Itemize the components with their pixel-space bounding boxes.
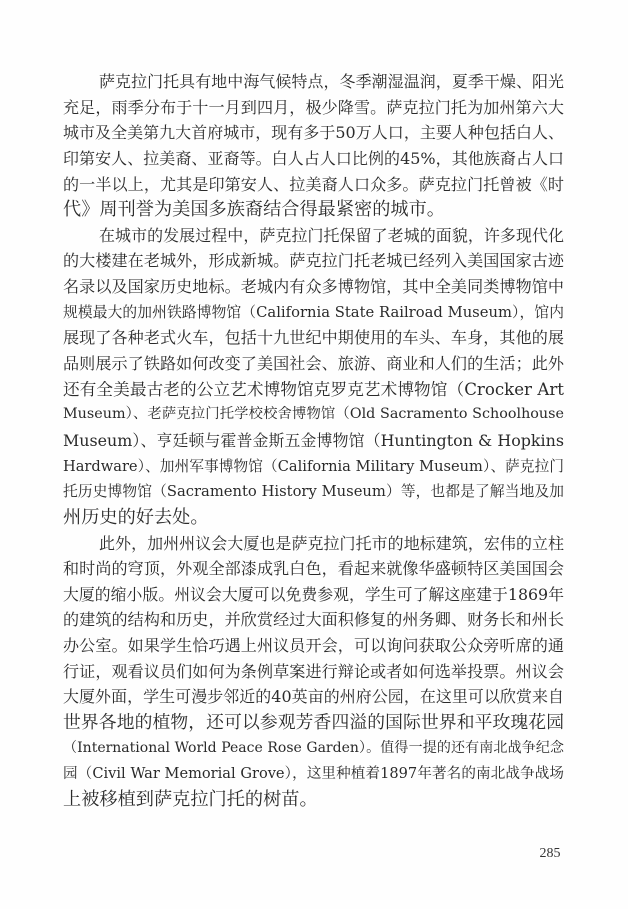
text-line: 园（Civil War Memorial Grove），这里种植着1897年著名… bbox=[63, 761, 564, 787]
text-line: 充足，雨季分布于十一月到四月，极少降雪。萨克拉门托为加州第六大 bbox=[63, 95, 564, 121]
text-line: 代》周刊誉为美国多族裔结合得最紧密的城市。 bbox=[63, 197, 564, 223]
paragraph-old-town-museums: 在城市的发展过程中，萨克拉门托保留了老城的面貌，许多现代化 的大楼建在老城外，形… bbox=[63, 223, 564, 531]
text-line: Hardware）、加州军事博物馆（California Military Mu… bbox=[63, 454, 564, 480]
text-line: 行证，观看议员们如何为条例草案进行辩论或者如何选举投票。州议会 bbox=[63, 659, 564, 685]
text-line: 世界各地的植物，还可以参观芳香四溢的国际世界和平玫瑰花园 bbox=[63, 710, 564, 736]
text-line: 的建筑的结构和历史，并欣赏经过大面积修复的州务卿、财务长和州长 bbox=[63, 607, 564, 633]
book-page: 萨克拉门托具有地中海气候特点，冬季潮湿温润，夏季干燥、阳光 充足，雨季分布于十一… bbox=[0, 0, 628, 909]
paragraph-state-capitol: 此外，加州州议会大厦也是萨克拉门托市的地标建筑，宏伟的立柱 和时尚的穹顶，外观全… bbox=[63, 531, 564, 813]
text-line: （International World Peace Rose Garden）。… bbox=[63, 736, 564, 762]
text-line: 品则展示了铁路如何改变了美国社会、旅游、商业和人们的生活；此外 bbox=[63, 351, 564, 377]
text-line: 州历史的好去处。 bbox=[63, 505, 564, 531]
text-line: Museum）、老萨克拉门托学校校舍博物馆（Old Sacramento Sch… bbox=[63, 402, 564, 428]
text-line: 规模最大的加州铁路博物馆（California State Railroad M… bbox=[63, 300, 564, 326]
text-line: 此外，加州州议会大厦也是萨克拉门托市的地标建筑，宏伟的立柱 bbox=[63, 531, 564, 557]
paragraph-climate-population: 萨克拉门托具有地中海气候特点，冬季潮湿温润，夏季干燥、阳光 充足，雨季分布于十一… bbox=[63, 69, 564, 223]
text-line: 办公室。如果学生恰巧遇上州议员开会，可以询问获取公众旁听席的通 bbox=[63, 633, 564, 659]
text-line: 名录以及国家历史地标。老城内有众多博物馆，其中全美同类博物馆中 bbox=[63, 274, 564, 300]
text-line: 的一半以上，尤其是印第安人、拉美裔人口众多。萨克拉门托曾被《时 bbox=[63, 172, 564, 198]
text-line: 萨克拉门托具有地中海气候特点，冬季潮湿温润，夏季干燥、阳光 bbox=[63, 69, 564, 95]
text-line: 大厦的缩小版。州议会大厦可以免费参观，学生可了解这座建于1869年 bbox=[63, 582, 564, 608]
text-line: 托历史博物馆（Sacramento History Museum）等，也都是了解… bbox=[63, 479, 564, 505]
text-line: 展现了各种老式火车，包括十九世纪中期使用的车头、车身，其他的展 bbox=[63, 325, 564, 351]
page-number: 285 bbox=[530, 846, 570, 862]
text-line: 还有全美最古老的公立艺术博物馆克罗克艺术博物馆（Crocker Art bbox=[63, 377, 564, 403]
text-line: 的大楼建在老城外，形成新城。萨克拉门托老城已经列入美国国家古迹 bbox=[63, 248, 564, 274]
text-line: 和时尚的穹顶，外观全部漆成乳白色，看起来就像华盛顿特区美国国会 bbox=[63, 556, 564, 582]
text-line: 印第安人、拉美裔、亚裔等。白人占人口比例的45%，其他族裔占人口 bbox=[63, 146, 564, 172]
text-line: 上被移植到萨克拉门托的树苗。 bbox=[63, 787, 564, 813]
text-line: 大厦外面，学生可漫步邻近的40英亩的州府公园，在这里可以欣赏来自 bbox=[63, 684, 564, 710]
text-line: Museum）、亨廷顿与霍普金斯五金博物馆（Huntington & Hopki… bbox=[63, 428, 564, 454]
body-text: 萨克拉门托具有地中海气候特点，冬季潮湿温润，夏季干燥、阳光 充足，雨季分布于十一… bbox=[63, 69, 564, 813]
text-line: 在城市的发展过程中，萨克拉门托保留了老城的面貌，许多现代化 bbox=[63, 223, 564, 249]
text-line: 城市及全美第九大首府城市，现有多于50万人口，主要人种包括白人、 bbox=[63, 120, 564, 146]
